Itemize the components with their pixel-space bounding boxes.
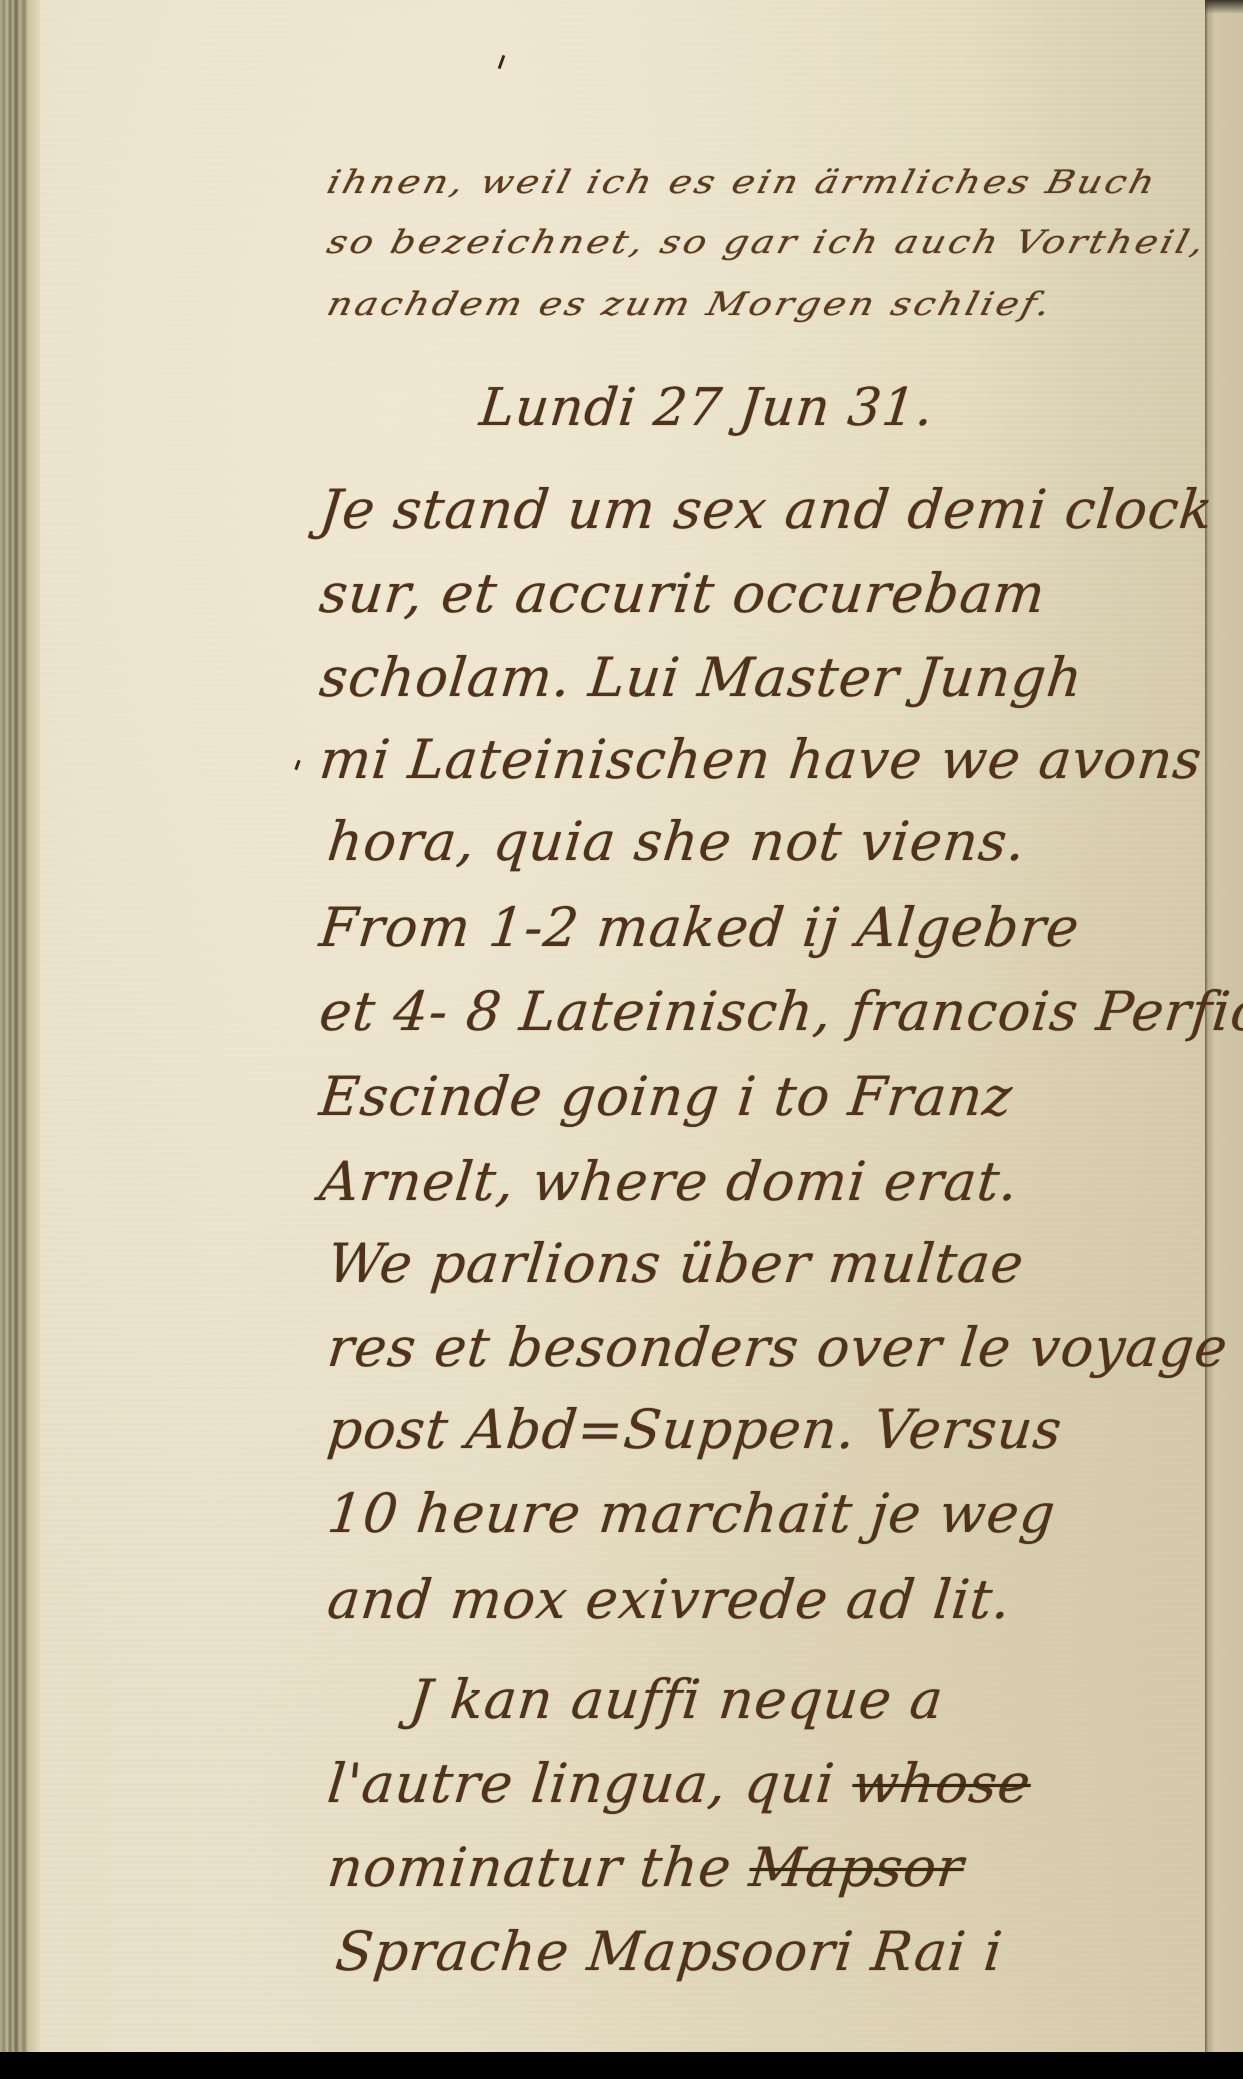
entry-line-13: 10 heure marchait je weg: [325, 1482, 1059, 1545]
date-heading: Lundi 27 Jun 31.: [477, 378, 937, 438]
page-stack-edge-left: [0, 0, 40, 2052]
paragraph-line-2-text: l'autre lingua, qui: [325, 1752, 856, 1815]
entry-line-10: We parlions über multae: [325, 1232, 1028, 1295]
kurrent-line-1: ihnen, weil ich es ein ärmliches Buch: [323, 163, 1161, 200]
entry-line-11: res et besonders over le voyage: [325, 1316, 1231, 1379]
manuscript-scan: ihnen, weil ich es ein ärmliches Buch so…: [0, 0, 1243, 2052]
kurrent-line-2: so bezeichnet, so gar ich auch Vortheil,: [323, 223, 1211, 260]
entry-line-6: From 1-2 maked ij Algebre: [317, 896, 1083, 959]
struck-word-mapsor: Mapsor: [746, 1836, 967, 1899]
entry-line-1: Je stand um sex and demi clock: [317, 478, 1217, 541]
entry-line-12: post Abd=Suppen. Versus: [325, 1398, 1066, 1461]
entry-line-8: Escinde going i to Franz: [317, 1065, 1016, 1128]
entry-line-2: sur, et accurit occurebam: [317, 562, 1049, 625]
entry-line-5: hora, quia she not viens.: [325, 810, 1029, 873]
paragraph-line-3-text: nominatur the: [325, 1836, 753, 1899]
entry-line-14: and mox exivrede ad lit.: [325, 1568, 1015, 1631]
entry-line-7: et 4- 8 Lateinisch, francois Perfio: [317, 980, 1243, 1043]
entry-line-3: scholam. Lui Master Jungh: [317, 646, 1086, 709]
kurrent-line-3: nachdem es zum Morgen schlief.: [323, 285, 1057, 322]
paragraph-line-2: l'autre lingua, qui whose: [325, 1752, 1035, 1815]
paragraph-line-3: nominatur the Mapsor: [325, 1836, 968, 1899]
paragraph-line-1: J kan auffi neque a: [407, 1668, 947, 1731]
scan-bottom-border: [0, 2052, 1243, 2079]
struck-word-whose: whose: [849, 1752, 1034, 1815]
entry-line-4: mi Lateinischen have we avons: [317, 728, 1206, 791]
entry-line-9: Arnelt, where domi erat.: [317, 1150, 1022, 1213]
paragraph-line-4: Sprache Mapsoori Rai i: [333, 1920, 1006, 1983]
